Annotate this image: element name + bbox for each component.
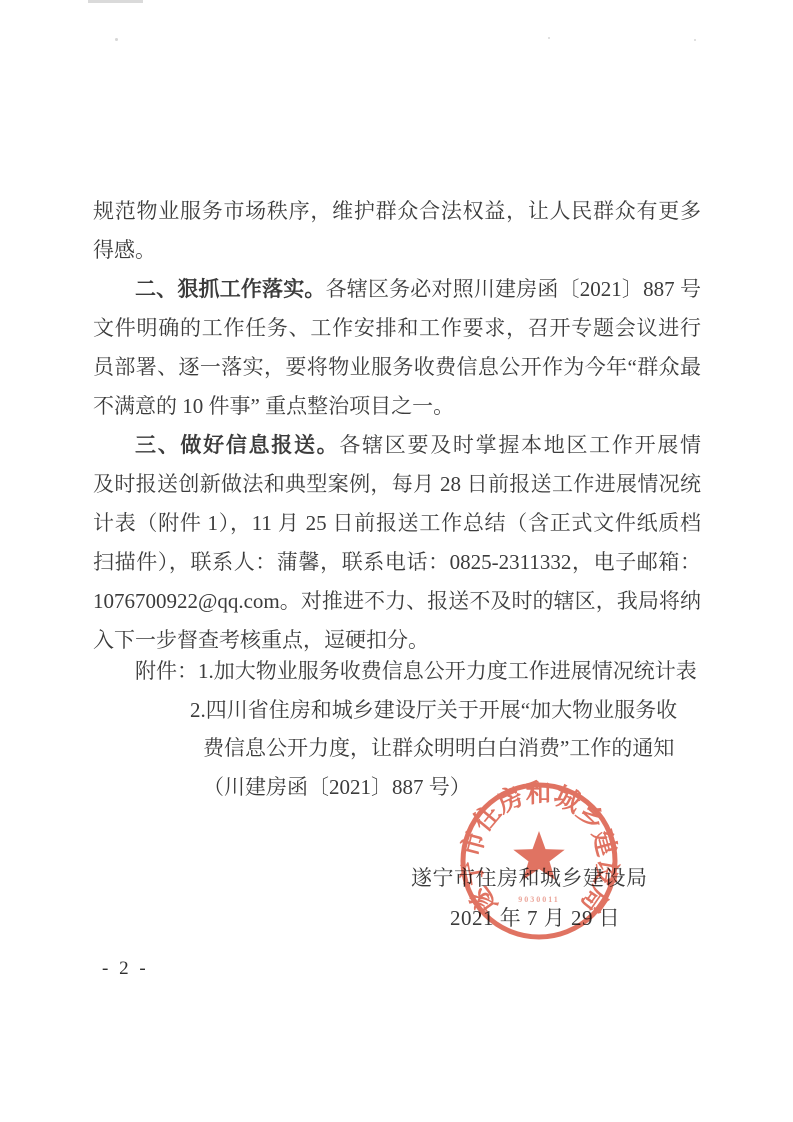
- body-line: 1076700922@qq.com。对推进不力、报送不及时的辖区，我局将纳: [93, 582, 701, 621]
- attachment-line: 2.四川省住房和城乡建设厅关于开展“加大物业服务收: [93, 691, 708, 730]
- body-line: 及时报送创新做法和典型案例，每月 28 日前报送工作进展情况统: [93, 465, 701, 504]
- body-line: 文件明确的工作任务、工作安排和工作要求，召开专题会议进行动: [93, 309, 701, 348]
- scan-speck: [694, 39, 696, 41]
- body-line: 三、做好信息报送。各辖区要及时掌握本地区工作开展情况，: [93, 426, 701, 465]
- body-line: 计表（附件 1），11 月 25 日前报送工作总结（含正式文件纸质档及: [93, 504, 701, 543]
- attachment-item: （川建房函〔2021〕887 号）: [203, 775, 471, 799]
- body-line-text: 扫描件），联系人：蒲馨，联系电话：0825-2311332，电子邮箱：: [93, 550, 701, 574]
- attachment-label: 附件：: [135, 659, 198, 683]
- attachment-line: 费信息公开力度，让群众明明白白消费”工作的通知: [93, 729, 708, 768]
- attachment-item: 2.四川省住房和城乡建设厅关于开展“加大物业服务收: [190, 698, 677, 722]
- body-line-lead: 三、做好信息报送。: [135, 434, 339, 457]
- body-text: 规范物业服务市场秩序，维护群众合法权益，让人民群众有更多获 得感。 二、狠抓工作…: [93, 192, 701, 660]
- scan-speck: [115, 38, 118, 41]
- body-line: 二、狠抓工作落实。各辖区务必对照川建房函〔2021〕887 号: [93, 270, 701, 309]
- attachment-item: 费信息公开力度，让群众明明白白消费”工作的通知: [203, 736, 674, 760]
- document-page: 规范物业服务市场秩序，维护群众合法权益，让人民群众有更多获 得感。 二、狠抓工作…: [0, 0, 793, 1122]
- body-line-text: 1076700922@qq.com。对推进不力、报送不及时的辖区，我局将纳: [93, 589, 701, 613]
- attachment-list: 附件：1.加大物业服务收费信息公开力度工作进展情况统计表 2.四川省住房和城乡建…: [93, 652, 708, 806]
- body-line: 不满意的 10 件事” 重点整治项目之一。: [93, 387, 701, 426]
- body-line-text: 文件明确的工作任务、工作安排和工作要求，召开专题会议进行动: [93, 316, 701, 348]
- body-line-text: 计表（附件 1），11 月 25 日前报送工作总结（含正式文件纸质档及: [93, 511, 701, 543]
- body-line: 员部署、逐一落实，要将物业服务收费信息公开作为今年“群众最: [93, 348, 701, 387]
- signature-org: 遂宁市住房和城乡建设局: [411, 862, 648, 892]
- body-line-text: 入下一步督查考核重点，逗硬扣分。: [93, 628, 429, 652]
- scan-smudge: [88, 0, 143, 3]
- body-line-text: 不满意的 10 件事” 重点整治项目之一。: [93, 394, 454, 418]
- body-line: 扫描件），联系人：蒲馨，联系电话：0825-2311332，电子邮箱：: [93, 543, 701, 582]
- page-number: - 2 -: [102, 958, 149, 980]
- signature-date: 2021 年 7 月 29 日: [450, 902, 620, 932]
- attachment-item: 1.加大物业服务收费信息公开力度工作进展情况统计表: [198, 659, 697, 683]
- body-line: 规范物业服务市场秩序，维护群众合法权益，让人民群众有更多获: [93, 192, 701, 231]
- body-line-text: 规范物业服务市场秩序，维护群众合法权益，让人民群众有更多获: [93, 199, 701, 231]
- body-line-text: 得感。: [93, 238, 156, 262]
- body-line-text: 员部署、逐一落实，要将物业服务收费信息公开作为今年“群众最: [93, 355, 701, 379]
- body-line-text: 及时报送创新做法和典型案例，每月 28 日前报送工作进展情况统: [93, 472, 701, 496]
- attachment-line: （川建房函〔2021〕887 号）: [93, 768, 708, 807]
- body-line: 得感。: [93, 231, 701, 270]
- attachment-line: 附件：1.加大物业服务收费信息公开力度工作进展情况统计表: [93, 652, 708, 691]
- body-line-lead: 二、狠抓工作落实。: [135, 278, 326, 301]
- scan-speck: [548, 37, 550, 39]
- body-line-text: 各辖区务必对照川建房函〔2021〕887 号: [326, 277, 701, 301]
